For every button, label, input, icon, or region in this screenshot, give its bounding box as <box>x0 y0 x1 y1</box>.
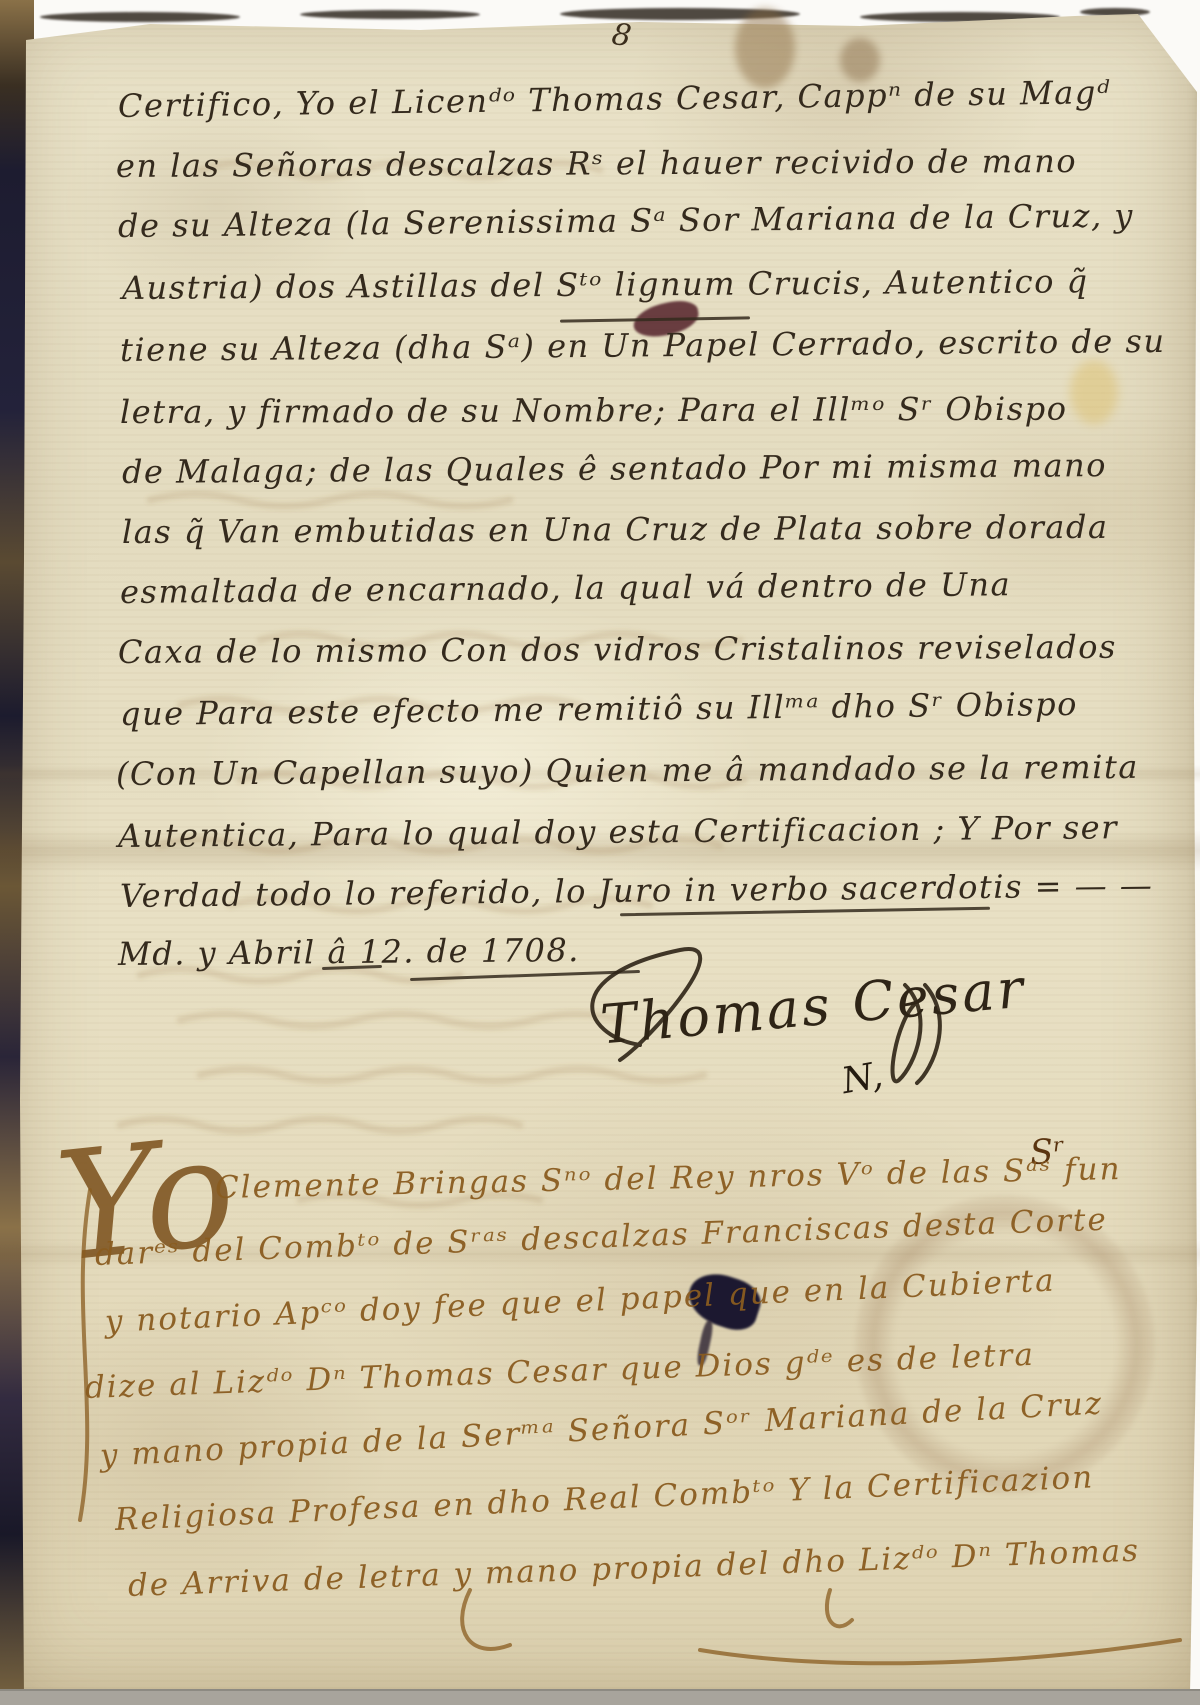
certification-line: de Malaga; de las Quales ê sentado Por m… <box>122 445 1107 492</box>
certification-line: (Con Un Capellan suyo) Quien me â mandad… <box>116 747 1139 794</box>
scanner-band <box>0 1689 1200 1705</box>
certification-line: Austria) dos Astillas del Sᵗᵒ lignum Cru… <box>122 261 1089 308</box>
torn-edge-shadow <box>560 8 800 20</box>
torn-edge-shadow <box>40 12 240 22</box>
certification-line: en las Señoras descalzas Rˢ el hauer rec… <box>116 141 1077 186</box>
certification-line: esmaltada de encarnado, la qual vá dentr… <box>120 564 1011 612</box>
certification-line: las q̃ Van embutidas en Una Cruz de Plat… <box>122 507 1109 552</box>
signature-paraph: N, <box>839 1055 886 1102</box>
manuscript-scan: 8 Certifico, Yo el Licenᵈᵒ Thomas Cesar,… <box>0 0 1200 1705</box>
certification-line: letra, y firmado de su Nombre; Para el I… <box>120 389 1068 432</box>
torn-edge-shadow <box>300 10 480 19</box>
certification-line: Caxa de lo mismo Con dos vidros Cristali… <box>118 627 1117 672</box>
